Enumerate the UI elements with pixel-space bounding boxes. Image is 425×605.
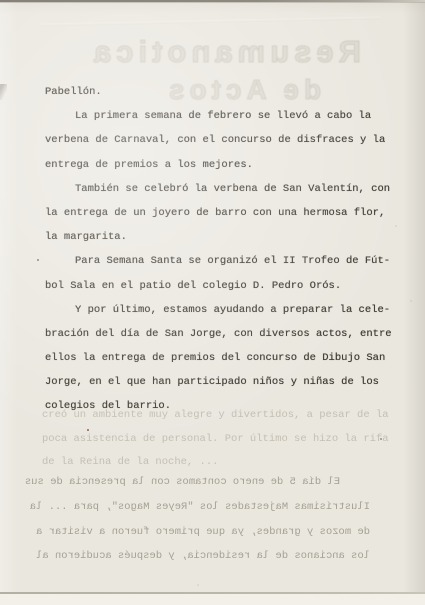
scanned-document-page: Resumanotica de Actos Pabellón.La primer… (0, 0, 425, 605)
ghost-text-line: creó un ambiente muy alegre y divertidos… (42, 404, 387, 428)
paper-crease-top (40, 16, 380, 26)
ghost-text-line: poca asistencia de personal. Por último … (42, 428, 387, 452)
text-line: verbena de Carnaval, con el concurso de … (45, 128, 390, 152)
ghost-text-line: Ilustrísimas Majestades los "Reyes Magos… (38, 495, 370, 520)
ghost-text-line: los ancianos de la residencia, y después… (38, 544, 370, 569)
text-line: Y por último, estamos ayudando a prepara… (45, 298, 390, 322)
scan-bottom-strip (0, 594, 425, 605)
text-line: También se celebró la verbena de San Val… (45, 177, 390, 201)
scan-top-edge-soft (0, 2, 425, 3)
typewritten-body: Pabellón.La primera semana de febrero se… (45, 80, 390, 419)
paper-crease-left-edge (0, 84, 7, 100)
text-line: Pabellón. (45, 80, 390, 104)
ghost-reverse-title-line1: Resumanotica (85, 34, 365, 70)
text-line: bol Sala en el patio del colegio D. Pedr… (45, 274, 390, 298)
text-line: la entrega de un joyero de barro con una… (45, 201, 390, 225)
ghost-midpage-text: creó un ambiente muy alegre y divertidos… (42, 404, 387, 475)
text-line: bración del día de San Jorge, con divers… (45, 322, 390, 346)
ghost-text-line: de mozos y grandes, ya que primero fuero… (38, 520, 370, 545)
paper-speck (37, 259, 39, 261)
text-line: ellos la entrega de premios del concurso… (45, 346, 390, 370)
ghost-mirrored-paragraph: El día 5 de enero contamos con la presen… (38, 470, 370, 569)
ghost-text-line: El día 5 de enero contamos con la presen… (38, 470, 370, 495)
text-line: la margarita. (45, 225, 390, 249)
text-line: Jorge, en el que han participado niños y… (45, 370, 390, 394)
text-line: Para Semana Santa se organizó el II Trof… (45, 249, 390, 273)
text-line: La primera semana de febrero se llevó a … (45, 104, 390, 128)
text-line: entrega de premios a los mejores. (45, 153, 390, 177)
